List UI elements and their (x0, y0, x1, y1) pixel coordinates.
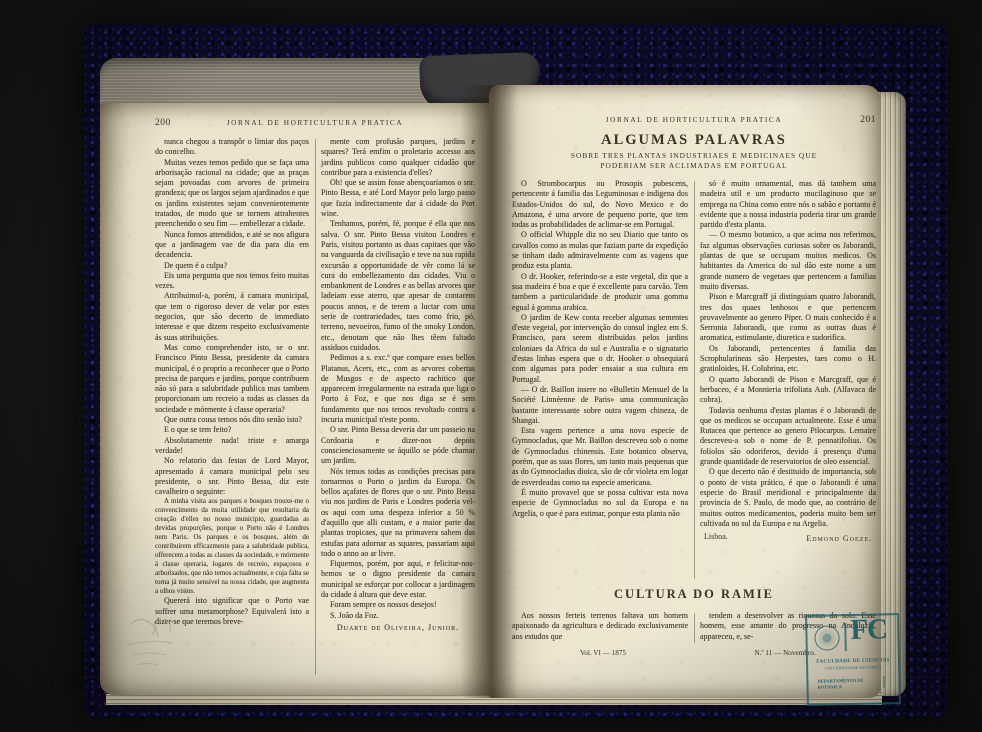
paragraph: Mas como comprehender isto, se o snr. Fr… (155, 343, 309, 415)
paragraph: E o que se tem feito? (155, 425, 309, 435)
paragraph: É muito provavel que se possa cultivar e… (512, 488, 688, 519)
paragraph: S. João da Foz. (321, 611, 475, 621)
left-column-2: mente com profusão parques, jardins e sq… (321, 137, 475, 677)
paragraph: O official Whipple diz no seu Diario que… (512, 230, 688, 271)
paragraph: Foram sempre os nossos desejos! (321, 600, 475, 610)
paragraph: O jardim de Kew conta receber algumas se… (512, 313, 688, 385)
stamp-department-label2: BOTANICA (818, 684, 843, 690)
right-column-2: só é muito ornamental, mas dá tambem uma… (700, 179, 876, 581)
column-text: só é muito ornamental, mas dá tambem uma… (700, 179, 876, 529)
page-number: 200 (155, 118, 189, 128)
running-title: JORNAL DE HORTICULTURA PRATICA (189, 118, 441, 127)
running-title: JORNAL DE HORTICULTURA PRATICA (546, 115, 842, 124)
article-subtitle-line2: PODERIAM SER ACLIMADAS EM PORTUGAL (512, 161, 876, 171)
paragraph: Os Jaborandi, pertencentes á familia das… (700, 344, 876, 375)
paragraph: Pedimos a s. exc.ª que compare esses bel… (321, 353, 475, 425)
paragraph: Nós temos todas as condições precisas pa… (321, 467, 475, 560)
pencil-marking (124, 611, 202, 673)
paragraph: Nunca fomos attendidos, e até se nos afi… (155, 230, 309, 261)
column-divider (315, 139, 316, 675)
paragraph: Tenhamos, porém, fé, porque é ella que n… (321, 219, 475, 353)
left-column-1: nunca chegou a transpôr o limiar dos paç… (155, 137, 309, 677)
paragraph: — O mesmo botanico, a que acima nos refe… (700, 230, 876, 292)
paragraph: Que outra cousa temos nós dito senão ist… (155, 415, 309, 425)
right-page: JORNAL DE HORTICULTURA PRATICA 201 ALGUM… (489, 85, 881, 698)
volume-label: Vol. VI — 1875 (512, 649, 694, 657)
library-stamp: FC FACULDADE DE CIENCIAS UNIVERSIDADE DO… (805, 613, 901, 706)
page-number: 201 (842, 115, 876, 125)
column-text: mente com profusão parques, jardins e sq… (321, 137, 475, 621)
signoff-place: Lisboa. (704, 532, 728, 543)
right-page-columns: O Strombocarpus ou Prosopis pubescens, p… (512, 179, 876, 581)
left-page-header: 200 JORNAL DE HORTICULTURA PRATICA (155, 118, 475, 128)
left-page-columns: nunca chegou a transpôr o limiar dos paç… (155, 137, 475, 677)
right-column-1: O Strombocarpus ou Prosopis pubescens, p… (512, 179, 688, 581)
paragraph: Pison e Marcgraff já distinguiam quatro … (700, 292, 876, 343)
paragraph: Muitas vezes temos pedido que se faça um… (155, 158, 309, 230)
paragraph: O Strombocarpus ou Prosopis pubescens, p… (512, 179, 688, 230)
right-page-header: JORNAL DE HORTICULTURA PRATICA 201 (512, 115, 876, 125)
paragraph: No relatorio das festas de Lord Mayor, a… (155, 456, 309, 497)
paragraph: Eis uma pergunta que nos temos feito mui… (155, 271, 309, 292)
section-title: CULTURA DO RAMIE (512, 587, 876, 602)
paragraph: De quem é a culpa? (155, 261, 309, 271)
paragraph: Esta vagem pertence a uma nova especie d… (512, 426, 688, 488)
paragraph: — O dr. Baillon insere no «Bulletin Mens… (512, 385, 688, 426)
paragraph: Aos nossos ferteis terrenos faltava um h… (512, 611, 688, 642)
paragraph: mente com profusão parques, jardins e sq… (321, 137, 475, 178)
left-page: 200 JORNAL DE HORTICULTURA PRATICA nunca… (100, 103, 489, 695)
paragraph: O quarto Jaborandi de Pison e Marcgraff,… (700, 375, 876, 406)
university-seal-icon (814, 625, 840, 651)
paragraph: Absolutamente nada! triste e amarga verd… (155, 436, 309, 457)
book-photo: 200 JORNAL DE HORTICULTURA PRATICA nunca… (0, 0, 982, 732)
stamp-university-label: UNIVERSIDADE DO PORTO (808, 664, 898, 671)
paragraph: O que decerto não é destituido de import… (700, 467, 876, 529)
paragraph: O dr. Hooker, referindo-se a este vegeta… (512, 272, 688, 313)
section-column-1: Aos nossos ferteis terrenos faltava um h… (512, 611, 688, 645)
author-signature: Edmond Goeze. (806, 534, 872, 543)
fore-edge-pages-right (878, 92, 906, 696)
column-text: O Strombocarpus ou Prosopis pubescens, p… (512, 179, 688, 519)
blockquote-small-type: A minha visita aos parques e bosques tro… (155, 497, 309, 596)
article-signoff: Lisboa. Edmond Goeze. (700, 532, 876, 543)
column-divider (694, 181, 695, 579)
paragraph: Todavia nenhuma d'estas plantas é o Jabo… (700, 406, 876, 468)
article-title: ALGUMAS PALAVRAS (512, 132, 876, 149)
stamp-department-label: DEPARTAMENTO DE (817, 678, 863, 684)
stamp-divider (844, 623, 847, 651)
paragraph: só é muito ornamental, mas dá tambem uma… (700, 179, 876, 230)
stamp-tick-mark (883, 676, 885, 688)
author-signature: Duarte de Oliveira, Junior. (321, 623, 475, 633)
paragraph: Fiquemos, porém, por aqui, e felicitar-n… (321, 559, 475, 600)
stamp-initials: FC (850, 613, 887, 647)
paragraph: nunca chegou a transpôr o limiar dos paç… (155, 137, 309, 158)
column-text: nunca chegou a transpôr o limiar dos paç… (155, 137, 309, 497)
column-divider (694, 613, 695, 643)
paragraph: O snr. Pinto Bessa deveria dar um passei… (321, 425, 475, 466)
article-subtitle-line1: SOBRE TRES PLANTAS INDUSTRIAES E MEDICIN… (512, 151, 876, 161)
paragraph: Attribuimol-a, porém, á camara municipal… (155, 291, 309, 342)
paragraph: Oh! que se assim fosse abençoariamos o s… (321, 178, 475, 219)
